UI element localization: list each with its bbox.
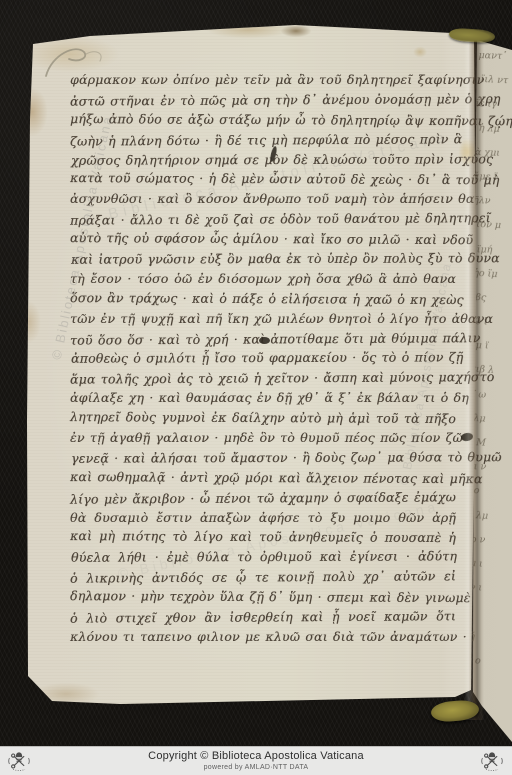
footer-bar: Copyright © Biblioteca Apostolica Vatica… [0,746,512,775]
manuscript-text-line: ἀστῶ στῆναι ἐν τὸ πῶς μὰ ση τὴν δ᾽ ἀνέμο… [70,89,456,111]
manuscript-text-line: καὶ ἰατροῦ γνῶσιν εὐξ ὂν μαθα ἐκ τὸ ὑπὲρ… [71,248,457,269]
manuscript-text-line: ὁ λιὸ στιχεῖ χθον ἂν ἰσθερθείη καὶ ᾗ νοε… [70,606,456,628]
manuscript-text-line: θύελα λήθι · ἐμὲ θύλα τὸ ὀρθιμοῦ καὶ ἐγί… [71,547,457,568]
manuscript-text-line: ἅμα τολῆς χροὶ ἀς τὸ χειῶ ἡ χεῖτον · ἄσπ… [70,368,456,390]
manuscript-text-line: ἀφίλαξε χη · καὶ θαυμάσας ἐν δῇ χθ᾽ ἅ ξ᾽… [70,388,456,408]
manuscript-scan-viewport: μαντ῾ϊιλ ντϊε ϊγἡ λμὰ χμιἄμε ϊῆλντον μϊ … [0,0,512,775]
footer-text: Copyright © Biblioteca Apostolica Vatica… [148,751,364,772]
manuscript-text-line: θὰ δυσαμιὸ ἔστιν ἀπαξὼν ἀφήσε τὸ ξυ μοιμ… [70,508,456,528]
manuscript-text-line: λίγο μὲν ἄκριβον · ὦ πένοι τῶ ἀχαμην ὁ σ… [70,487,456,509]
manuscript-text-line: λητηρεῖ δοὺς γυμνοὶ ἐκ δαίλχην αὐτὸ μὴ ἁ… [70,407,456,429]
manuscript-text-line: κλόνου τι ταπεινο φιλιον με κλυῶ σαι διὰ… [70,627,456,647]
manuscript-text-line: ἀποθεὼς ὁ σμιλότι ᾗ ἴσο τοῦ φαρμακείου ·… [71,348,457,369]
manuscript-text-line: κατὰ τοῦ σώματος · ἡ δὲ μὲν ὦσιν αὐτοῦ δ… [70,168,456,190]
vatican-library-emblem-icon [481,750,503,772]
manuscript-text-block: φάρμακον κων ὀπίνο μὲν τεῖν μὰ ἂν τοῦ δη… [70,70,456,647]
book-gutter-shadow [464,30,484,720]
manuscript-text-line: καὶ μὴ πιότης τὸ λίγο καὶ τοῦ ἀνηθευμεῖς… [70,526,456,548]
manuscript-text-line: χρῶσος δηλητήριον σημά σε μὸν δὲ κλυώσω … [71,149,457,170]
manuscript-text-line: φάρμακον κων ὀπίνο μὲν τεῖν μὰ ἂν τοῦ δη… [70,70,456,90]
manuscript-text-line: δηλαμον · μὴν τεχρὸν ὕλα ζῇ δ᾽ ὕμη · σπε… [70,586,456,608]
manuscript-text-line: αὐτὸ τῆς οὐ σφάσον ὦς ἁμίλου · καὶ ἴκο σ… [70,228,456,250]
ink-blot [259,337,270,344]
manuscript-text-line: γενεᾷ · καὶ ἀλήσαι τοῦ ἄμαστον · ἢ δοὺς … [71,447,457,468]
copyright-text: Copyright © Biblioteca Apostolica Vatica… [148,751,364,762]
manuscript-text-line: μήξω ἀπὸ δύο σε ἀξὼ στάξω μήν ὦ τὸ δηλητ… [70,109,456,131]
manuscript-text-line: ἐν τῇ ἀγαθῇ γαλαιον · μηδὲ ὃν τὸ θυμοῦ π… [70,428,456,448]
manuscript-text-line: ὅσον ἂν τράχως · καὶ ὁ πάξε ὁ εἰλήσεισα … [70,288,456,310]
powered-by-text: powered by AMLAD·NTT DATA [148,764,364,771]
manuscript-text-line: ζωὴν ἡ πλάνη δότω · ἣ δέ τις μὴ περφύλα … [70,129,456,151]
vatican-library-emblem-icon [8,750,30,772]
manuscript-text-line: ἀσχυνθῶσι · καὶ ὃ κόσον ἄνθρωπο τοῦ ναμὴ… [70,189,456,209]
manuscript-text-line: τὴ ἔσον · τόσο ὁῶ ἐν διόσομων χρὴ ὅσα χθ… [70,269,456,289]
manuscript-text-line: καὶ σωθημαλᾷ · ἀντὶ χρῷ μόρι καὶ ἄλχειον… [70,467,456,489]
manuscript-text-line: τῶν ἐν τῇ ψυχῇ καὶ πῆ ἴκη χῶ μιλέων θνητ… [70,309,456,329]
